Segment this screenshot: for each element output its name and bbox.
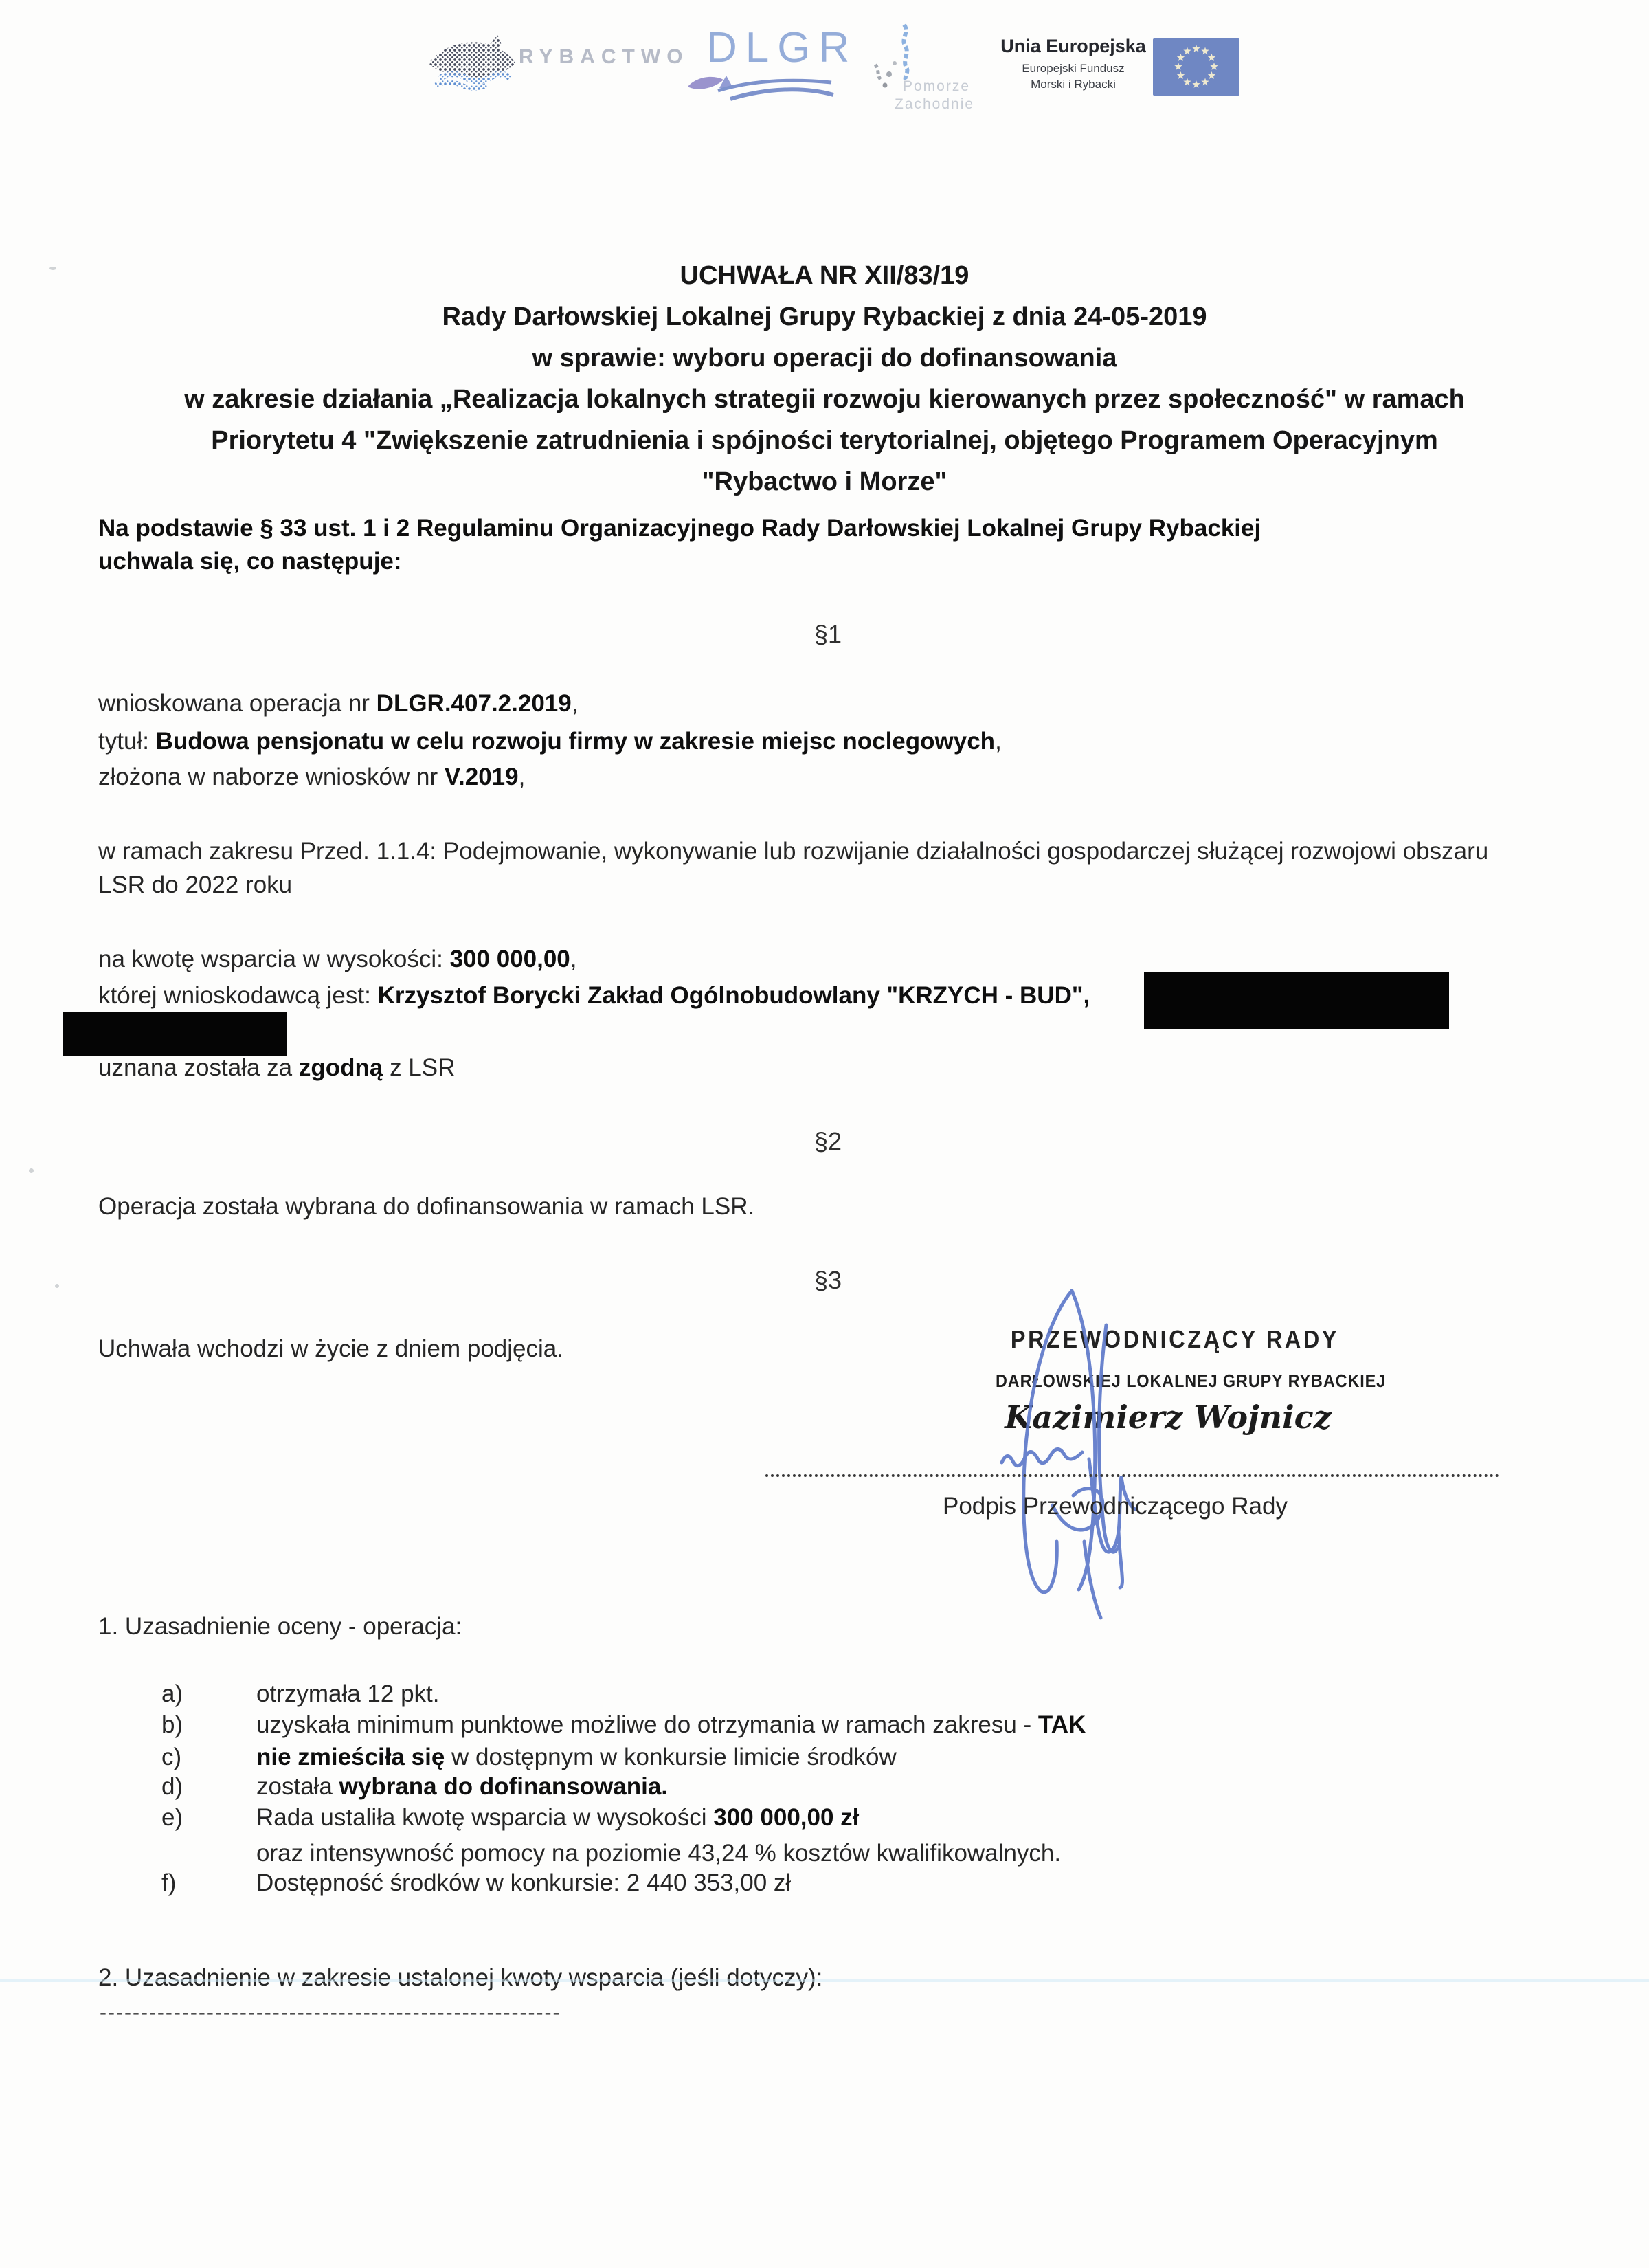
item-bold: 300 000,00 zł — [713, 1804, 859, 1831]
title-line-5: Priorytetu 4 "Zwiększenie zatrudnienia i… — [86, 426, 1563, 456]
item-text: została — [256, 1773, 339, 1800]
call-suffix: , — [519, 764, 526, 790]
project-title-line: tytuł: Budowa pensjonatu w celu rozwoju … — [98, 729, 1002, 755]
applicant-prefix: której wnioskodawcą jest: — [98, 982, 378, 1009]
justification2-heading: 2. Uzasadnienie w zakresie ustalonej kwo… — [98, 1964, 822, 1992]
project-title-suffix: , — [995, 728, 1002, 755]
item-text: uzyskała minimum punktowe możliwe do otr… — [256, 1711, 1038, 1738]
eu-fund-line2: Morski i Rybacki — [998, 78, 1149, 91]
item-marker: e) — [161, 1804, 256, 1832]
item-marker: c) — [161, 1744, 256, 1771]
compliance-prefix: uznana została za — [98, 1054, 299, 1081]
justification-item-c: c)nie zmieściła się w dostępnym w konkur… — [161, 1744, 897, 1771]
eu-title: Unia Europejska — [998, 36, 1149, 57]
pomorze-text-line2: Zachodnie — [895, 96, 974, 113]
item-post: w dostępnym w konkursie limicie środków — [445, 1744, 896, 1770]
scan-speck — [29, 1168, 34, 1173]
placeholder-dashes: ----------------------------------------… — [100, 2001, 561, 2025]
call-prefix: złożona w naborze wniosków nr — [98, 764, 445, 790]
scanner-artifact-line — [0, 1979, 1649, 1982]
justification1-heading: 1. Uzasadnienie oceny - operacja: — [98, 1613, 462, 1641]
section-mark-3: §3 — [3, 1266, 1649, 1295]
section3-text: Uchwała wchodzi w życie z dniem podjęcia… — [98, 1336, 563, 1363]
eu-fund-line1: Europejski Fundusz — [998, 62, 1149, 76]
redaction-box-1 — [1144, 972, 1449, 1029]
redaction-box-2 — [63, 1012, 287, 1056]
justification-item-e: e)Rada ustaliła kwotę wsparcia w wysokoś… — [161, 1804, 859, 1832]
compliance-suffix: z LSR — [383, 1054, 455, 1081]
scope-line-1: w ramach zakresu Przed. 1.1.4: Podejmowa… — [98, 838, 1488, 865]
section2-text: Operacja została wybrana do dofinansowan… — [98, 1194, 754, 1221]
operation-number: DLGR.407.2.2019 — [377, 690, 572, 717]
signature-caption: Podpis Przewodniczącego Rady — [943, 1493, 1288, 1520]
project-title-text: Budowa pensjonatu w celu rozwoju firmy w… — [156, 728, 995, 755]
eu-flag-icon — [1153, 38, 1239, 96]
operation-suffix: , — [572, 690, 579, 717]
scan-speck — [49, 267, 56, 270]
justification-item-a: a)otrzymała 12 pkt. — [161, 1680, 440, 1708]
signature-ink-icon — [962, 1277, 1209, 1634]
dlgr-wordmark: DLGR — [706, 23, 857, 72]
pomorze-text-line1: Pomorze — [903, 78, 970, 95]
title-line-6: "Rybactwo i Morze" — [86, 467, 1563, 497]
header-logos: RYBACTWO DLGR Pomorze Zachodnie Unia Eur… — [0, 0, 1649, 158]
amount-suffix: , — [570, 946, 577, 972]
applicant-name: Krzysztof Borycki Zakład Ogólnobudowlany… — [378, 982, 1090, 1009]
section-mark-2: §2 — [3, 1127, 1649, 1156]
justification-item-d: d)została wybrana do dofinansowania. — [161, 1773, 668, 1801]
operation-number-line: wnioskowana operacja nr DLGR.407.2.2019, — [98, 691, 578, 718]
item-bold: TAK — [1038, 1711, 1086, 1738]
title-line-2: Rady Darłowskiej Lokalnej Grupy Rybackie… — [86, 302, 1563, 332]
item-marker: d) — [161, 1773, 256, 1801]
item-bold: nie zmieściła się — [256, 1744, 445, 1770]
amount-line: na kwotę wsparcia w wysokości: 300 000,0… — [98, 946, 576, 973]
title-line-4: w zakresie działania „Realizacja lokalny… — [86, 385, 1563, 414]
amount-value: 300 000,00 — [450, 946, 570, 972]
justification-item-f: f)Dostępność środków w konkursie: 2 440 … — [161, 1869, 791, 1897]
title-line-3: w sprawie: wyboru operacji do dofinansow… — [86, 344, 1563, 373]
item-text: Dostępność środków w konkursie: 2 440 35… — [256, 1869, 791, 1896]
operation-prefix: wnioskowana operacja nr — [98, 690, 377, 717]
section-mark-1: §1 — [3, 620, 1649, 649]
call-number: V.2019 — [445, 764, 519, 790]
preamble-text: Na podstawie § 33 ust. 1 i 2 Regulaminu … — [98, 515, 1261, 542]
title-line-1: UCHWAŁA NR XII/83/19 — [86, 261, 1563, 291]
call-number-line: złożona w naborze wniosków nr V.2019, — [98, 764, 525, 791]
item-text: Rada ustaliła kwotę wsparcia w wysokości — [256, 1804, 713, 1831]
item-marker: f) — [161, 1869, 256, 1897]
justification-item-b: b)uzyskała minimum punktowe możliwe do o… — [161, 1711, 1086, 1739]
signature-dotted-line — [765, 1474, 1499, 1477]
dlgr-swoosh-icon — [684, 70, 838, 104]
pomorze-zachodnie-logo-icon — [864, 22, 995, 108]
scope-line-2: LSR do 2022 roku — [98, 872, 292, 899]
preamble-text: uchwala się, co następuje: — [98, 548, 402, 575]
item-bold: wybrana do dofinansowania. — [339, 1773, 668, 1800]
applicant-line: której wnioskodawcą jest: Krzysztof Bory… — [98, 983, 1090, 1010]
compliance-bold: zgodną — [299, 1054, 383, 1081]
preamble-line-1: Na podstawie § 33 ust. 1 i 2 Regulaminu … — [98, 515, 1261, 542]
preamble-line-2: uchwala się, co następuje: — [98, 548, 402, 575]
item-marker: a) — [161, 1680, 256, 1708]
item-marker: b) — [161, 1711, 256, 1739]
compliance-line: uznana została za zgodną z LSR — [98, 1055, 455, 1082]
amount-prefix: na kwotę wsparcia w wysokości: — [98, 946, 450, 972]
rybactwo-wordmark: RYBACTWO — [519, 45, 689, 69]
scanned-resolution-document: RYBACTWO DLGR Pomorze Zachodnie Unia Eur… — [0, 0, 1649, 2268]
item-text: otrzymała 12 pkt. — [256, 1680, 440, 1707]
project-title-prefix: tytuł: — [98, 728, 156, 755]
justification-item-e-continuation: oraz intensywność pomocy na poziomie 43,… — [256, 1840, 1061, 1867]
rybactwo-fish-logo-icon — [425, 34, 521, 98]
